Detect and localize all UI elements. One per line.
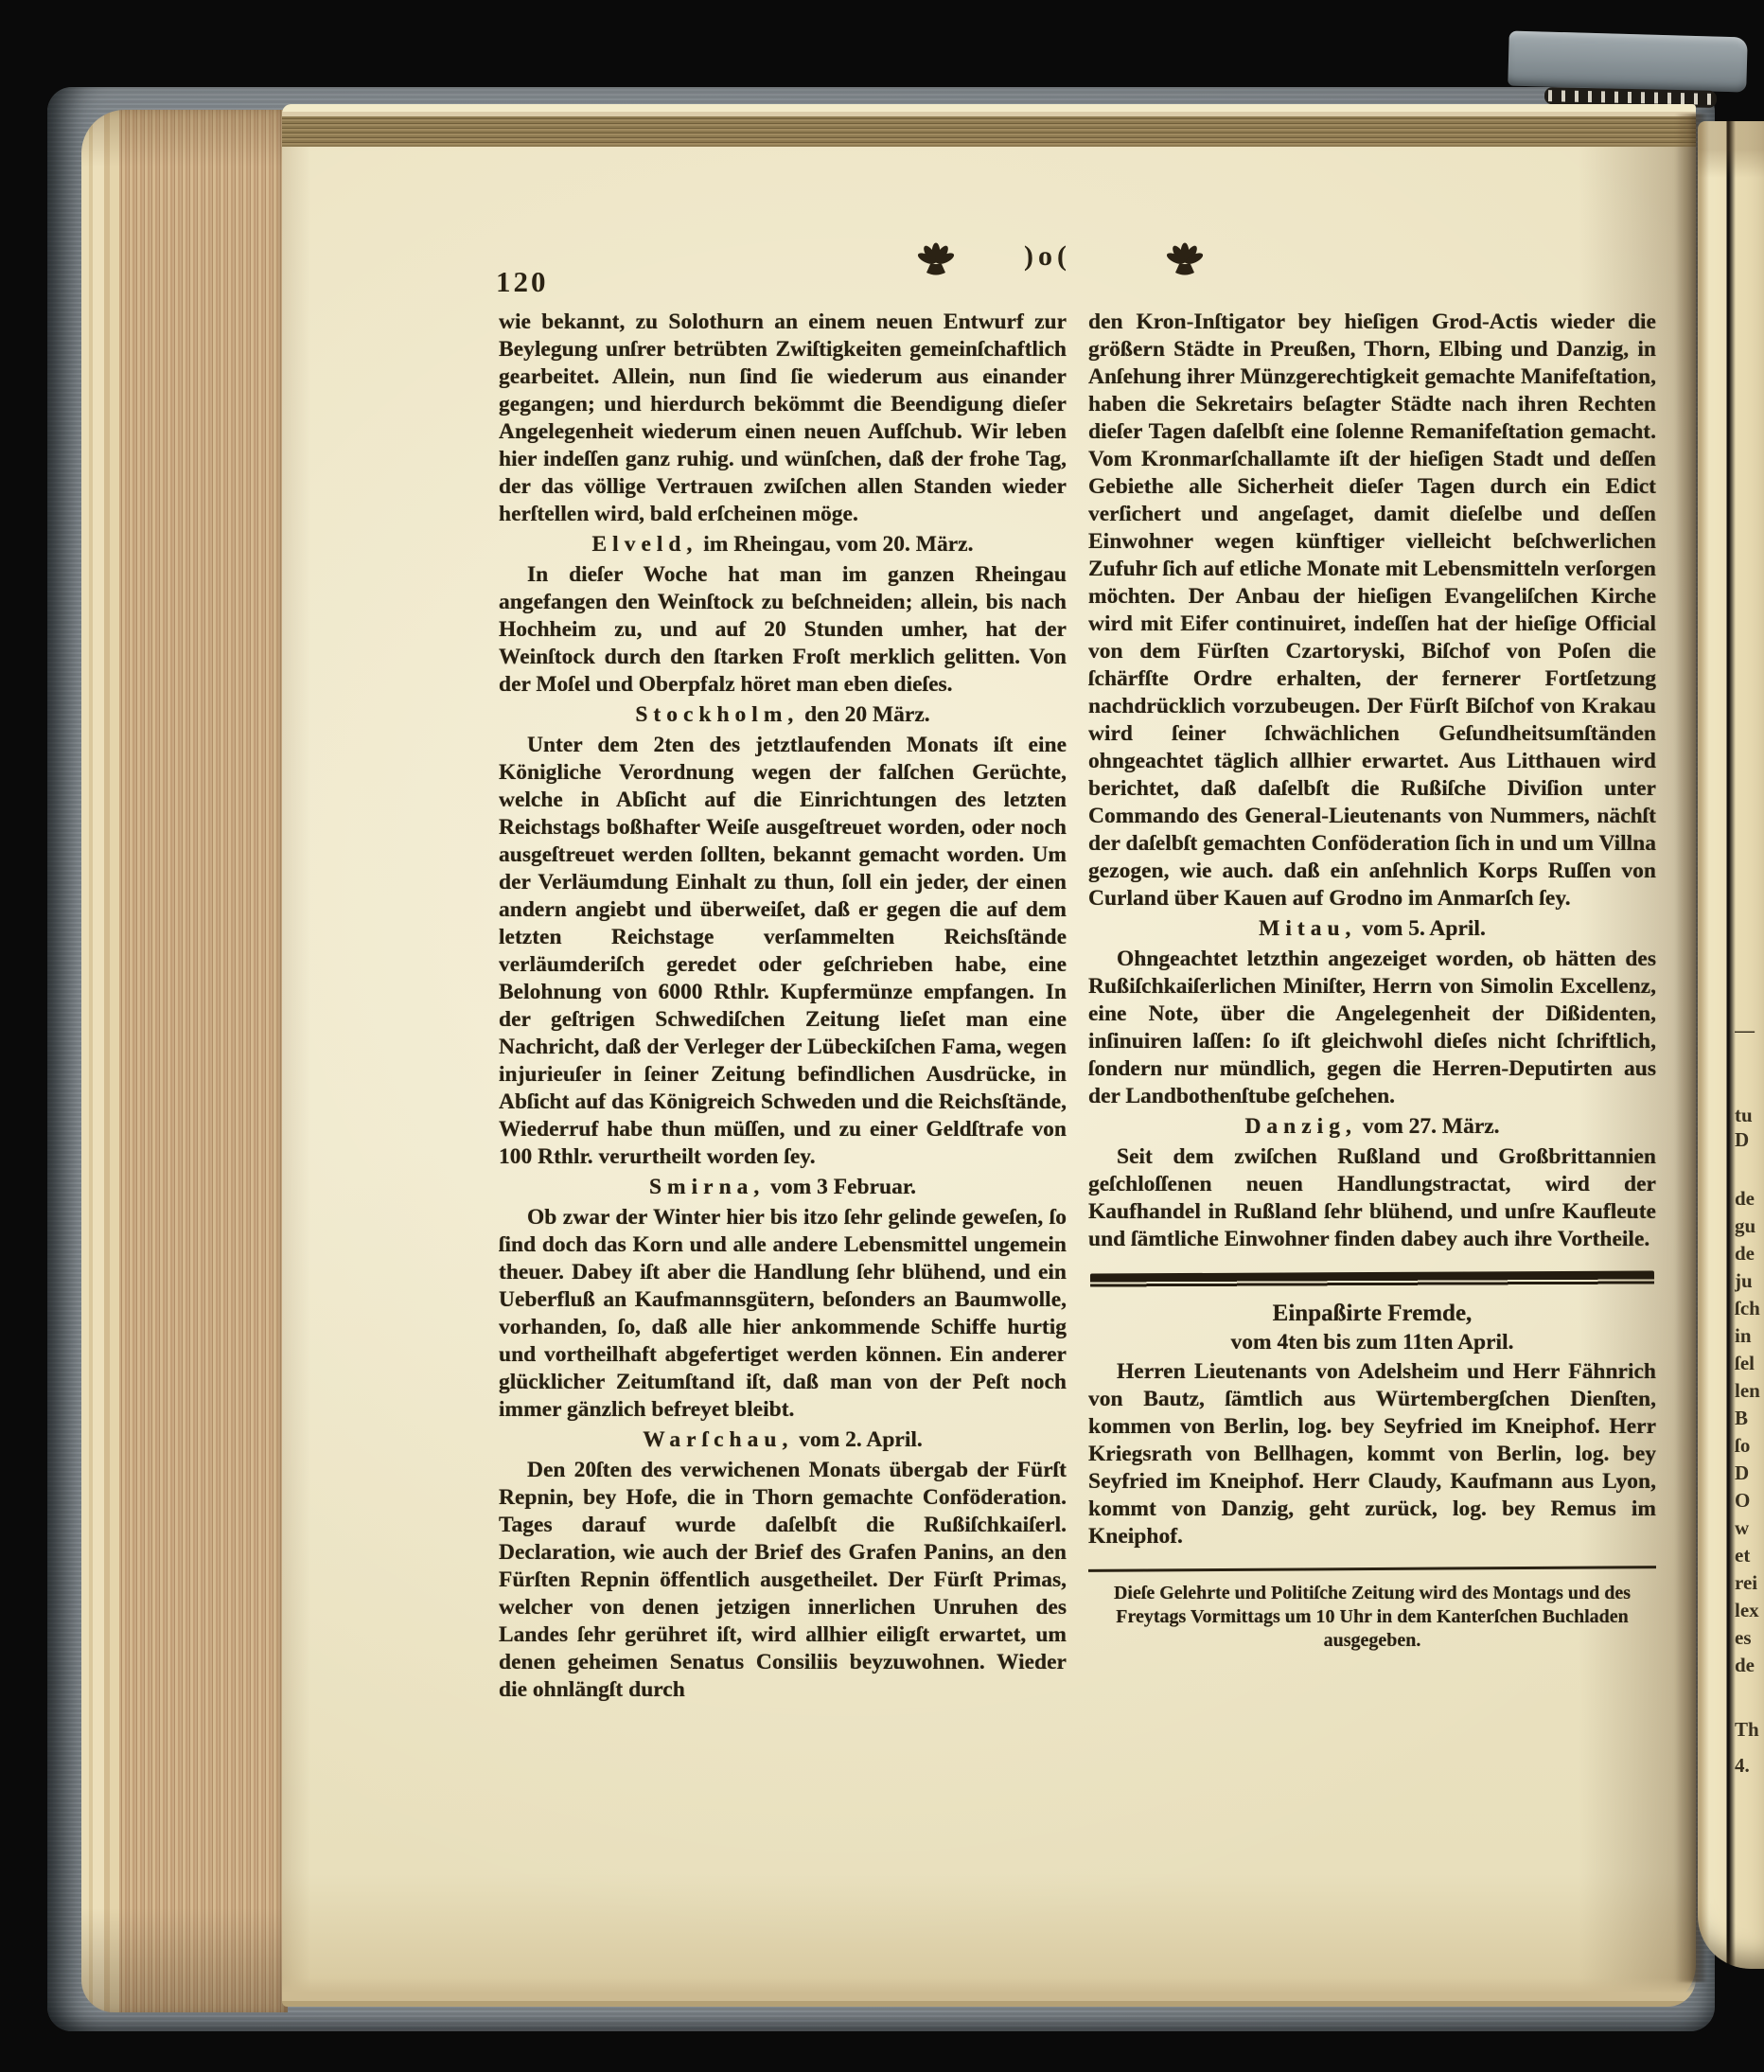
section-divider-double-rule <box>1090 1270 1654 1287</box>
next-page-text-fragment: D <box>1735 1461 1749 1485</box>
next-page-text-fragment: es <box>1735 1626 1752 1650</box>
dateline-heading: Danzig, vom 27. März. <box>1088 1113 1656 1141</box>
dateline-city: Warſchau, <box>643 1427 793 1452</box>
dateline-date: vom 5. April. <box>1362 916 1486 941</box>
arrivals-paragraph: Herren Lieutenants von Adelsheim und Her… <box>1088 1358 1656 1550</box>
spine-cloth <box>1508 30 1748 92</box>
right-column: den Kron-Inſtigator bey hieſigen Grod-Ac… <box>1088 309 1656 1653</box>
next-page-text-fragment: ju <box>1735 1269 1753 1293</box>
dateline-city: Stockholm, <box>635 702 799 727</box>
next-page-text-fragment: O <box>1735 1489 1750 1513</box>
dateline-date: vom 3 Februar. <box>770 1175 916 1199</box>
arrivals-section-title: Einpaßirte Fremde, <box>1088 1300 1656 1327</box>
next-page-text-fragment: ſch <box>1735 1297 1760 1320</box>
article-paragraph: In dieſer Woche hat man im ganzen Rheing… <box>499 561 1067 699</box>
next-page-text-fragment: lex <box>1735 1599 1759 1622</box>
next-page-text-fragment: rei <box>1735 1571 1757 1595</box>
dateline-heading: Mitau, vom 5. April. <box>1088 915 1656 943</box>
article-paragraph: den Kron-Inſtigator bey hieſigen Grod-Ac… <box>1088 309 1656 912</box>
article-paragraph: Den 20ſten des verwichenen Monats überga… <box>499 1457 1067 1704</box>
dateline-city: Elveld, <box>592 532 698 557</box>
next-page-text-fragment: Th <box>1735 1718 1759 1742</box>
next-page-text-fragment: in <box>1735 1324 1752 1348</box>
dateline-city: Danzig, <box>1244 1114 1356 1139</box>
next-page-text-fragment: de <box>1735 1187 1755 1211</box>
article-paragraph: Seit dem zwiſchen Rußland und Großbritta… <box>1088 1143 1656 1253</box>
arrivals-section-daterange: vom 4ten bis zum 11ten April. <box>1088 1329 1656 1356</box>
dateline-date: vom 27. März. <box>1363 1114 1500 1139</box>
next-page-fragments: —tuDdegudejuſchinſellenBſoDOwetreilexesd… <box>1735 0 1764 2072</box>
next-page-text-fragment: 4. <box>1735 1754 1750 1778</box>
next-page-text-fragment: B <box>1735 1407 1748 1430</box>
book-photo: 120 )o( wie bekannt <box>0 0 1764 2072</box>
page-stack-edge <box>81 110 288 2012</box>
column-separator-mark: )o( <box>1024 240 1071 273</box>
article-paragraph: wie bekannt, zu Solothurn an einem neuen… <box>499 309 1067 528</box>
dateline-heading: Warſchau, vom 2. April. <box>499 1426 1067 1454</box>
next-page-text-fragment: de <box>1735 1654 1755 1677</box>
shell-ornament-icon <box>914 240 958 278</box>
next-page-text-fragment: et <box>1735 1544 1750 1567</box>
dateline-heading: Stockholm, den 20 März. <box>499 701 1067 729</box>
page-number: 120 <box>496 265 549 299</box>
next-page-text-fragment: gu <box>1735 1214 1755 1238</box>
dateline-heading: Smirna, vom 3 Februar. <box>499 1174 1067 1201</box>
article-paragraph: Ob zwar der Winter hier bis itzo ſehr ge… <box>499 1204 1067 1424</box>
dateline-date: im Rheingau, vom 20. März. <box>703 532 973 557</box>
article-paragraph: Ohngeachtet letzthin angezeiget worden, … <box>1088 946 1656 1110</box>
dateline-city: Mitau, <box>1259 916 1356 941</box>
dateline-date: den 20 März. <box>804 702 930 727</box>
dateline-city: Smirna, <box>649 1175 765 1199</box>
next-page-text-fragment: tu <box>1735 1104 1753 1127</box>
next-page-text-fragment: de <box>1735 1242 1755 1266</box>
next-page-text-fragment: w <box>1735 1516 1749 1540</box>
next-page-text-fragment: ſel <box>1735 1352 1755 1375</box>
next-page-text-fragment: — <box>1735 1018 1755 1042</box>
next-page-text-fragment: D <box>1735 1128 1749 1152</box>
next-page-text-fragment: len <box>1735 1379 1760 1403</box>
publisher-note: Dieſe Gelehrte und Politiſche Zeitung wi… <box>1088 1582 1656 1653</box>
next-page-text-fragment: ſo <box>1735 1434 1750 1458</box>
footer-divider-rule <box>1088 1566 1656 1572</box>
shell-ornament-icon <box>1163 240 1207 278</box>
left-column: wie bekannt, zu Solothurn an einem neuen… <box>499 309 1067 1704</box>
dateline-date: vom 2. April. <box>799 1427 923 1452</box>
article-paragraph: Unter dem 2ten des jetztlaufenden Monats… <box>499 732 1067 1171</box>
dateline-heading: Elveld, im Rheingau, vom 20. März. <box>499 531 1067 558</box>
